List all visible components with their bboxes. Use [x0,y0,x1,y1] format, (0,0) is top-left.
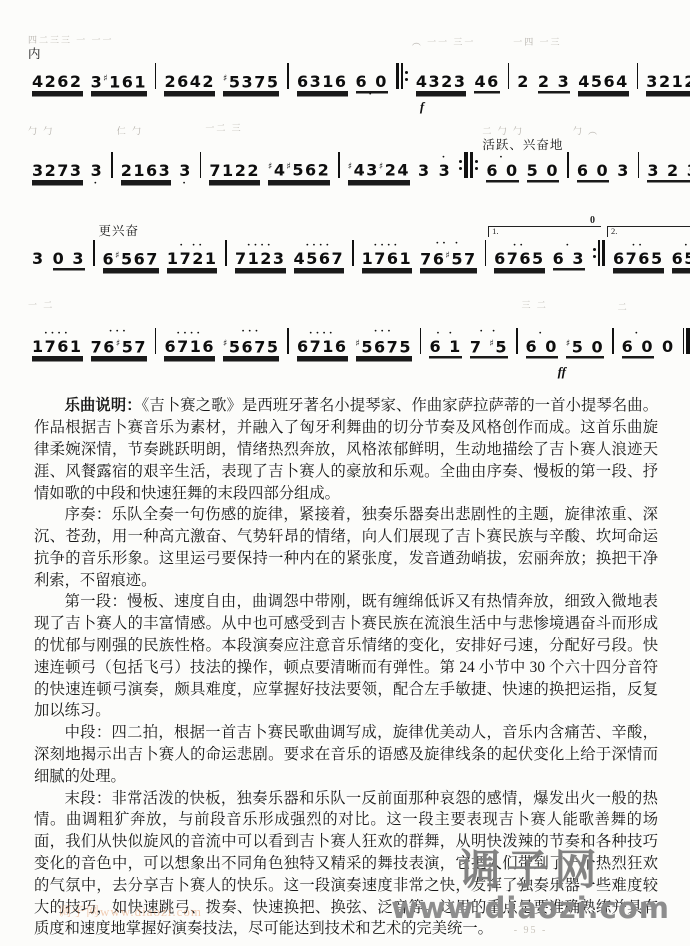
watermark-url: www.diaozi.com [391,892,670,924]
note-group: 3 [418,153,431,189]
octave-dots-above [54,153,60,161]
octave-dots-above: ··· [241,327,261,335]
octave-dots-above [582,327,588,335]
note-group: ···♯5675 [223,327,279,365]
octave-dots-above: · [566,241,573,249]
octave-dots-below [601,91,607,100]
octave-dots-below [66,268,72,277]
tempo-expression-label: 活跃、兴奋地 [482,137,563,153]
octave-dots-above: · [499,153,506,161]
note-group: 0 [662,329,675,365]
fingering-marks: 一二 三 [205,122,242,134]
note-group: ·6 0 [622,329,654,365]
octave-dots-below [257,268,263,277]
fingering-marks: 勹 ︵ [573,125,599,137]
octave-dots-below [316,268,322,277]
octave-dots-below [669,91,675,100]
octave-dots-below [484,91,490,100]
note-group: 6 0· [356,64,388,100]
octave-dots-above: · · [479,327,498,335]
measure: ····6716 ···♯5675 [291,299,418,365]
barline [93,240,95,266]
tempo-expression-label [28,311,32,327]
octave-dots-above [128,239,134,247]
octave-dots-below [665,356,671,365]
page-number: - 95 - [391,925,670,936]
tempo-expression-label: 内 [28,46,42,62]
octave-dots-above: ·· · [684,241,690,249]
note-group: 3 2 3 [647,153,690,189]
octave-dots-above: · [442,153,449,161]
fingering-marks: 勹 勹 [28,125,54,137]
note-group: ····1761 [362,241,413,277]
octave-dots-above [54,64,60,72]
note-group: ♯5375 [223,62,279,100]
note-row: ··6765 ·6 3 [490,241,589,277]
measure: 一二 三 7122 ♯4♯562 [203,122,336,188]
measure: 更兴奋 6♯567 · ··1721 [97,211,224,277]
measure: 三 二 ·6 0 ♯5 0 ff [520,299,611,365]
note-group: ·· ·76♯57 [420,239,476,277]
note-group: 7122 [209,153,260,189]
tempo-expression-label [205,134,209,150]
octave-dots-above [183,153,189,161]
measure: 二 勹 勹活跃、兴奋地·6 0 5 0 [480,125,565,189]
note-row: ····1761 ···76♯57 [28,327,151,365]
note-group: 2 3 [538,64,570,100]
tempo-expression-label [28,137,32,153]
octave-dots-below [116,356,122,365]
volta-extra: 0 [590,216,595,225]
note-group: 6316 [297,64,348,100]
tempo-expression-label [412,48,416,64]
note-group: 3 [617,153,630,189]
octave-dots-above [670,153,676,161]
note-row: ·6 0 5 0 [482,153,563,189]
octave-dots-above [601,64,607,72]
note-row: 3 0 3 [28,241,89,277]
note-group: 4323 [416,64,467,100]
octave-dots-above: ···· [176,329,203,337]
octave-dots-above [590,153,596,161]
octave-dots-below [296,180,302,189]
octave-dots-below [54,356,60,365]
note-group: · ·7 ♯5 [470,327,508,365]
note-digits: 3 2 3 [647,161,690,180]
octave-dots-above: · [538,329,545,337]
fingering-marks [99,211,103,223]
note-group: ···♯5675 [356,327,412,365]
note-row: 2163 3· [117,153,196,189]
measure: 一 二 ····1761 ···76♯57 [26,299,153,365]
tempo-expression-label [344,134,348,150]
measure: 勹 勹 3273 3· [26,125,109,189]
note-row: 6♯567 · ··1721 [99,239,222,277]
tempo-expression-label [522,311,526,327]
fingering-marks: 三 二 [522,299,548,311]
fingering-marks [160,34,164,46]
barline [155,63,157,89]
note-row: 2642 ♯5375 [160,62,283,100]
octave-dots-above: ···· [305,241,332,249]
note-group: ♯43♯24 [348,150,410,188]
measure: 二 ·6 0 0 [616,301,681,365]
tempo-expression-label [513,48,517,64]
notation-block: 四二三三 一 一一内 4262 3♯161 2642 ♯5375 6316 6 … [0,0,690,365]
octave-dots-above: · ·· [179,241,205,249]
barline [459,152,478,178]
octave-dots-above [296,150,302,158]
barline [612,328,614,354]
note-digits: 6567 [672,249,690,268]
octave-dots-above [232,153,238,161]
octave-dots-above [540,153,546,161]
octave-dots-below: · [182,180,189,189]
fingering-marks [293,36,297,48]
octave-dots-above [621,153,627,161]
measure: ♯43♯24 3 ·3 [342,122,458,188]
octave-dots-below: · [94,180,101,189]
watermark-site-name: 调子网 [391,848,670,892]
note-row: 3273 3· [28,153,107,189]
fingering-marks [642,36,646,48]
fingering-marks [231,213,235,225]
note-group: 3273 [32,153,83,189]
note-row: ··6765 ·· ·6567 [609,241,690,277]
octave-dots-below [635,356,641,365]
octave-dots-above [143,153,149,161]
note-row: ♯43♯24 3 ·3 [344,150,456,188]
octave-dots-above [521,64,527,72]
volta-bracket: 2. [607,226,690,237]
note-group: ····4567 [294,241,345,277]
octave-dots-above [369,64,375,72]
measure: 1.0 ··6765 ·6 3 [488,213,591,277]
measure: ︵ 一一 三一 4323 46 f [410,36,506,100]
fingering-marks: 一 二 [28,299,54,311]
octave-dots-below [551,91,557,100]
fingering-marks: ︵ 一一 三一 [412,36,476,48]
octave-dots-below [248,91,254,100]
note-row: ····7123 ····4567 [231,241,348,277]
octave-dots-below [421,180,427,189]
paragraph-body: 慢板、速度自由，曲调怨中带刚，既有缠绵低诉又有热情奔放，细致入微地表现了吉卜赛人… [34,593,658,719]
note-group: 3· [179,153,192,189]
measure: 6316 6 0· [291,36,394,100]
note-row: 3 2 3 4 [643,153,690,189]
note-group: ····6716 [164,329,215,365]
fingering-marks [425,299,429,311]
octave-dots-below [590,180,596,189]
measure: · ·6 1 · ·7 ♯5 [423,299,514,365]
paragraph-4: 中段：四二拍，根据一首吉卜赛民歌曲调写成，旋律优美动人，音乐内含痛苦、辛酸，深刻… [34,722,658,787]
measure: ····1761 ·· ·76♯57 [356,211,483,277]
tempo-expression-label [573,137,577,153]
octave-dots-above: ···· [247,241,274,249]
barline [200,152,202,178]
note-row: 4262 3♯161 [28,62,151,100]
barline [508,63,510,89]
octave-dots-below [517,268,523,277]
measure: ····7123 ····4567 [229,213,350,277]
note-group: 6♯567 [103,239,159,277]
tempo-expression-label [358,223,362,239]
barline [420,328,422,354]
octave-dots-below [187,356,193,365]
octave-dots-below [381,356,387,365]
fingering-marks [160,299,164,311]
octave-dots-above [665,329,671,337]
octave-dots-above: · [634,329,641,337]
fingering-marks [643,125,647,137]
octave-dots-above: ···· [374,241,401,249]
barline [637,63,639,89]
octave-dots-below [128,268,134,277]
barline [287,63,289,89]
tempo-expression-label [231,225,235,241]
octave-dots-below [438,91,444,100]
octave-dots-above [551,64,557,72]
notation-line-4: 一 二 ····1761 ···76♯57 ····6716 ···♯5675 … [26,299,664,365]
octave-dots-above [421,153,427,161]
octave-dots-below [566,268,572,277]
octave-dots-above [248,62,254,70]
note-group: ····7123 [235,241,286,277]
octave-dots-below [635,268,641,277]
octave-dots-below [376,180,382,189]
octave-dots-below [442,180,448,189]
note-row: ····1761 ·· ·76♯57 [358,239,481,277]
octave-dots-above [319,64,325,72]
measure: 2. ··6765 ·· ·6567 [607,213,690,277]
fingering-marks [344,122,348,134]
note-group: 5 0 [527,153,559,189]
barline [155,328,157,354]
note-group: 2 [517,64,530,100]
fingering-marks: 一四 一三 [513,36,561,48]
barline [638,152,640,178]
octave-dots-below: · [368,91,375,100]
note-group: 3♯161 [91,62,147,100]
measure: 2642 ♯5375 [158,34,285,100]
octave-dots-below [500,180,506,189]
note-row: ·6 0 0 [618,329,679,365]
octave-dots-below [540,180,546,189]
octave-dots-below [248,356,254,365]
octave-dots-above: · · [436,329,455,337]
fingering-marks [358,211,362,223]
measure: 勹 ︵ 6 0 3 [571,125,636,189]
barline [593,240,605,266]
tempo-expression-label [117,137,121,153]
note-group: ···76♯57 [91,327,147,365]
note-group: 6 0 [577,153,609,189]
paragraph-lead: 末段： [65,790,112,807]
note-group: ··6765 [494,241,545,277]
dynamic-marking: ff [558,364,566,380]
note-row: 6 0 3 [573,153,634,189]
notation-line-3: 3 0 3 更兴奋 6♯567 · ··1721 ····7123 ····45… [26,211,664,277]
measure: 3 0 3 [26,213,91,277]
note-row: · ·6 1 · ·7 ♯5 [425,327,512,365]
barline [516,328,518,354]
note-group: 2642 [164,64,215,100]
octave-dots-below [319,356,325,365]
note-row: 7122 ♯4♯562 [205,150,334,188]
paragraph-body: 乐队全奏一句伤感的旋律，紧接着，独奏乐器奏出悲剧性的主题，旋律浓重、深沉、苍劲，… [34,506,658,588]
octave-dots-above: ·· [632,241,645,249]
fingering-marks [28,213,32,225]
barline [225,240,227,266]
octave-dots-above [35,241,41,249]
note-group: ····1761 [32,329,83,365]
paragraph-3: 第一段：慢板、速度自由，曲调怨中带刚，既有缠绵低诉又有热情奔放，细致入微地表现了… [34,591,658,722]
note-group: 2163 [121,153,172,189]
paragraph-lead: 乐曲说明： [65,397,142,414]
barline [287,328,289,354]
octave-dots-above: ··· [109,327,129,335]
octave-dots-below [443,356,449,365]
fingering-marks: 四二三三 一 一一 [28,34,114,46]
notation-line-1: 四二三三 一 一一内 4262 3♯161 2642 ♯5375 6316 6 … [26,34,664,100]
paragraph-lead: 第一段： [65,593,128,610]
octave-dots-above [376,150,382,158]
fingering-marks [293,299,297,311]
fingering-marks: 二 [618,301,629,313]
measure: ····6716 ···♯5675 [158,299,285,365]
tempo-expression-label [293,311,297,327]
watermark-ghost-text: 调子网www.diaozi.com [58,901,202,920]
tempo-expression-label [160,46,164,62]
octave-dots-below [54,180,60,189]
barline [485,240,487,266]
tempo-expression-label [425,311,429,327]
barline [111,152,113,178]
octave-dots-above: ···· [44,329,71,337]
octave-dots-above [484,64,490,72]
note-group: 4262 [32,64,83,100]
note-group: ·6 0 [526,329,558,365]
note-group: 3 [32,241,45,277]
octave-dots-above [116,62,122,70]
notation-line-2: 勹 勹 3273 3·仁 勹 2163 3·一二 三 7122 ♯4♯562 ♯… [26,122,664,188]
octave-dots-below [35,268,41,277]
note-group: ····6716 [297,329,348,365]
note-group: ♯5 0 [566,327,604,365]
note-row: ·6 0 ♯5 0 [522,327,609,365]
barline [396,63,408,89]
note-group: 4564 [578,64,629,100]
fingering-marks [490,213,494,225]
fingering-marks: 二 勹 勹 [482,125,524,137]
note-group: ·6 0 [486,153,518,189]
tempo-expression-label [160,311,164,327]
octave-dots-below [582,356,588,365]
barline [352,240,354,266]
note-group: ··6765 [613,241,664,277]
octave-dots-below [521,91,527,100]
note-group: ·· ·6567 [672,241,690,277]
fingering-marks: 仁 勹 [117,125,143,137]
barline [338,152,340,178]
octave-dots-below [621,180,627,189]
note-group: · ··1721 [167,241,218,277]
tempo-expression-label [643,137,647,153]
octave-dots-below [446,268,452,277]
note-row: ····6716 ···♯5675 [160,327,283,365]
octave-dots-above [94,153,100,161]
score-page: 四二三三 一 一一内 4262 3♯161 2642 ♯5375 6316 6 … [0,0,690,946]
measure: 一四 一三 2 2 3 4564 [511,36,635,100]
paragraph-lead: 序奏： [65,506,112,523]
note-row: 3212 3 6 [642,64,690,100]
note-row: 2 2 3 4564 [513,64,633,100]
octave-dots-below [319,91,325,100]
tempo-expression-label [618,313,622,329]
note-group: 0 3 [53,241,85,277]
octave-dots-below [539,356,545,365]
octave-dots-below [232,180,238,189]
octave-dots-below [384,268,390,277]
note-group: · ·6 1 [429,329,461,365]
note-group: 46 [474,64,499,100]
note-group: 3212 [646,64,690,100]
volta-bracket: 1.0 [488,226,601,237]
octave-dots-above [187,64,193,72]
octave-dots-above: ···· [309,329,336,337]
paragraph-body: 四二拍，根据一首吉卜赛民歌曲调写成，旋律优美动人，音乐内含痛苦、辛酸，深刻地揭示… [34,724,658,785]
measure: 仁 勹 2163 3· [115,125,198,189]
measure: 3212 3 6 [640,36,690,100]
octave-dots-below [670,180,676,189]
octave-dots-below [486,356,492,365]
paragraph-1: 乐曲说明：《吉卜赛之歌》是西班牙著名小提琴家、作曲家萨拉萨蒂的一首小提琴名曲。作… [34,395,658,504]
octave-dots-below [54,91,60,100]
note-row: ····6716 ···♯5675 [293,327,416,365]
octave-dots-above: ·· [513,241,526,249]
octave-dots-below [189,268,195,277]
barline [567,152,569,178]
octave-dots-above [669,64,675,72]
octave-dots-above [438,64,444,72]
dynamic-marking: f [420,99,424,115]
note-group: 3· [91,153,104,189]
tempo-expression-label [642,48,646,64]
fingering-marks [609,213,613,225]
tempo-expression-label [293,48,297,64]
octave-dots-below [143,180,149,189]
octave-dots-above [66,241,72,249]
octave-dots-above: ·· · [436,239,462,247]
note-group: ·6 3 [553,241,585,277]
measure: 四二三三 一 一一内 4262 3♯161 [26,34,153,100]
paragraph-lead: 中段： [65,724,112,741]
measure: 3 2 3 4 [641,125,690,189]
barline [683,328,690,354]
note-row: 4323 46 [412,64,504,100]
watermark: 调子网 www.diaozi.com - 95 - [391,848,670,936]
octave-dots-below [116,91,122,100]
note-row: 6316 6 0· [293,64,392,100]
note-group: ♯4♯562 [268,150,330,188]
note-group: ·3 [439,153,452,189]
octave-dots-below [187,91,193,100]
octave-dots-above: ··· [374,327,394,335]
tempo-expression-label [28,225,32,241]
paragraph-2: 序奏：乐队全奏一句伤感的旋律，紧接着，独奏乐器奏出悲剧性的主题，旋律浓重、深沉、… [34,504,658,591]
